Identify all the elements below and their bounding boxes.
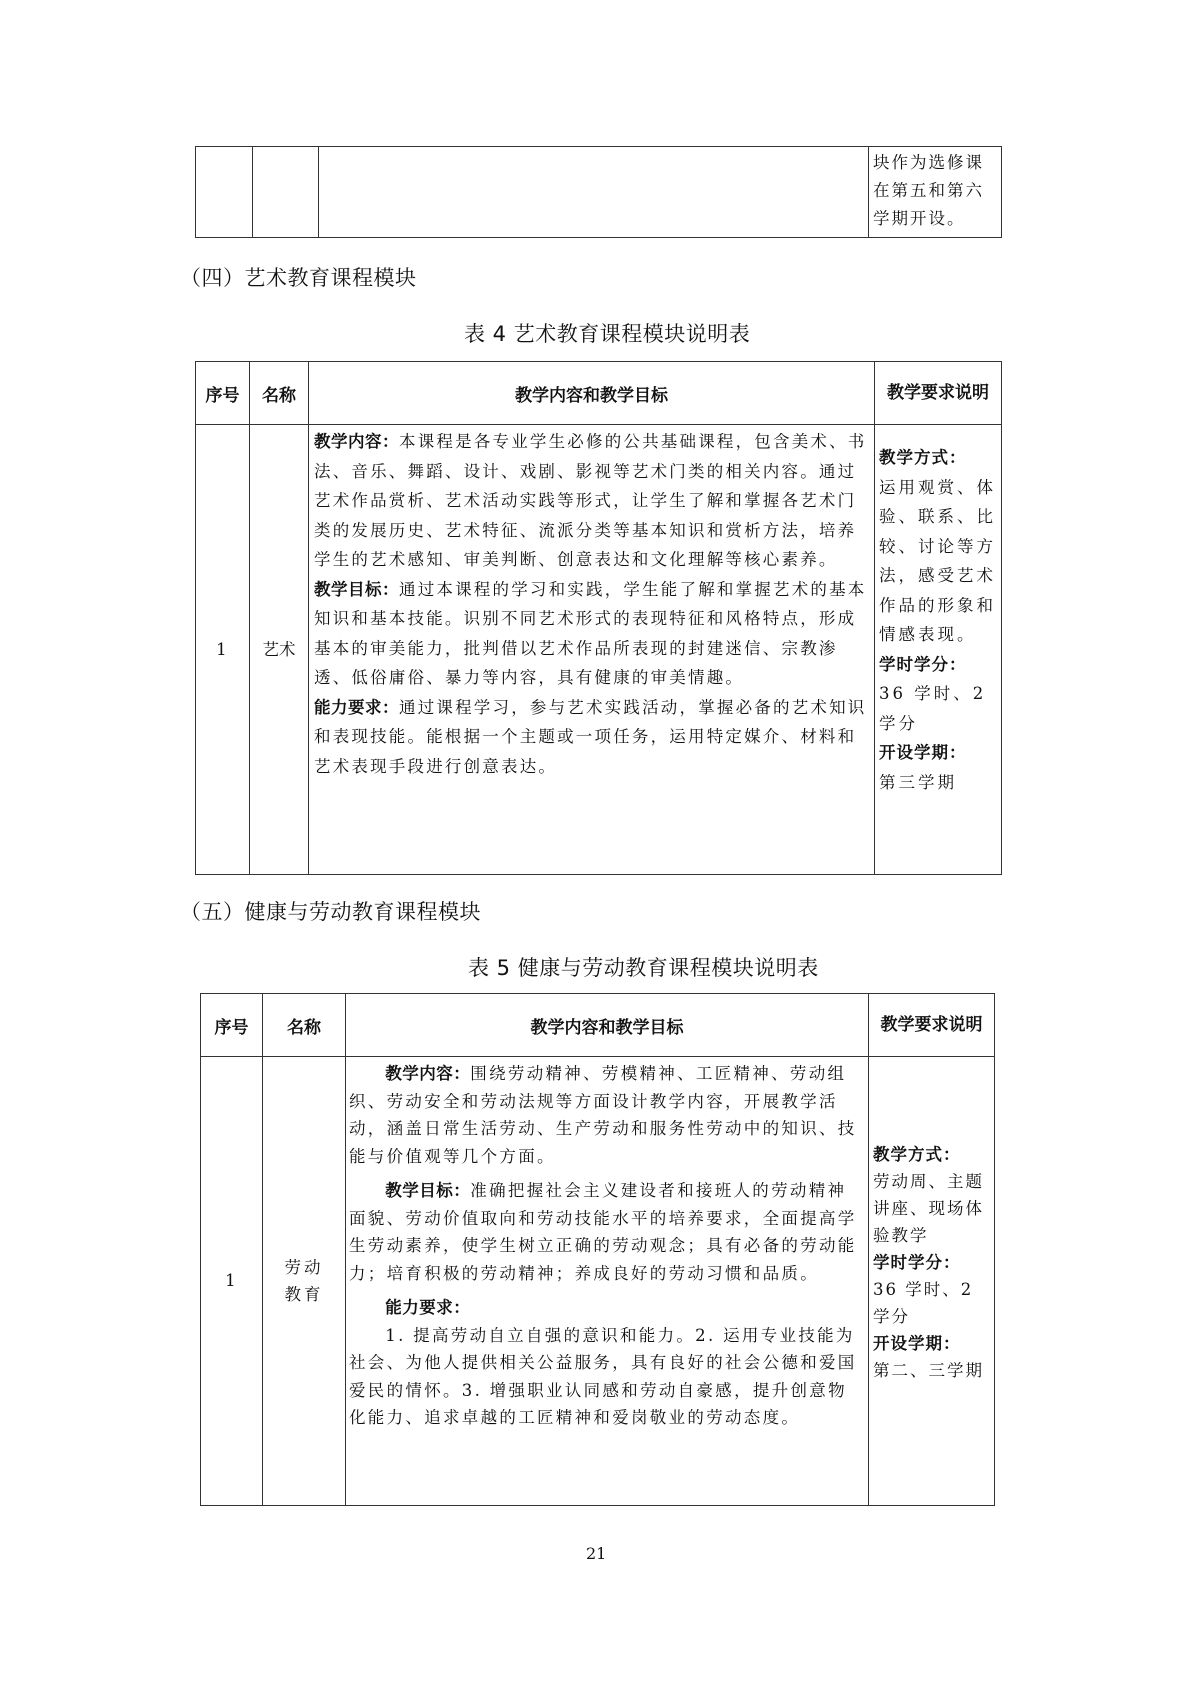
teach-content-para: 教学内容：围绕劳动精神、劳模精神、工匠精神、劳动组织、劳动安全和劳动法规等方面设…	[349, 1060, 865, 1170]
table-header-row: 序号 名称 教学内容和教学目标 教学要求说明	[201, 994, 995, 1057]
ability-label: 能力要求：	[314, 698, 399, 717]
hours-text: 36 学时、2 学分	[879, 679, 997, 738]
term-text: 第二、三学期	[873, 1357, 990, 1384]
teach-content-text: 本课程是各专业学生必修的公共基础课程，包含美术、书法、音乐、舞蹈、设计、戏剧、影…	[314, 432, 867, 569]
header-req: 教学要求说明	[869, 994, 995, 1057]
term-label: 开设学期：	[873, 1334, 961, 1353]
teach-content-label: 教学内容：	[314, 432, 399, 451]
hours-text: 36 学时、2 学分	[873, 1276, 990, 1330]
ability-text: 1. 提高劳动自立自强的意识和能力。2. 运用专业技能为社会、为他人提供相关公益…	[349, 1322, 865, 1432]
table-caption-5: 表 5 健康与劳动教育课程模块说明表	[468, 952, 819, 982]
section-heading-art: （四）艺术教育课程模块	[180, 262, 417, 292]
teach-goal-para: 教学目标：通过本课程的学习和实践，学生能了解和掌握艺术的基本知识和基本技能。识别…	[314, 575, 871, 693]
table-header-row: 序号 名称 教学内容和教学目标 教学要求说明	[196, 362, 1002, 425]
teach-content-para: 教学内容：本课程是各专业学生必修的公共基础课程，包含美术、书法、音乐、舞蹈、设计…	[314, 427, 871, 575]
ability-label: 能力要求：	[385, 1298, 470, 1317]
row-no: 1	[196, 425, 250, 875]
teach-goal-para: 教学目标：准确把握社会主义建设者和接班人的劳动精神面貌、劳动价值取向和劳动技能水…	[349, 1177, 865, 1287]
row-name: 劳动教育	[263, 1057, 346, 1506]
term-label: 开设学期：	[879, 743, 967, 762]
health-labor-module-table: 序号 名称 教学内容和教学目标 教学要求说明 1 劳动教育 教学内容：围绕劳动精…	[200, 993, 995, 1506]
method-label: 教学方式：	[873, 1145, 961, 1164]
header-content: 教学内容和教学目标	[309, 362, 875, 425]
prev-name-cell	[253, 147, 319, 238]
row-no: 1	[201, 1057, 263, 1506]
art-module-table: 序号 名称 教学内容和教学目标 教学要求说明 1 艺术 教学内容：本课程是各专业…	[195, 361, 1002, 875]
previous-table-tail: 块作为选修课 在第五和第六 学期开设。	[195, 146, 1002, 238]
teach-goal-label: 教学目标：	[314, 580, 399, 599]
header-req: 教学要求说明	[875, 362, 1002, 425]
row-content: 教学内容：围绕劳动精神、劳模精神、工匠精神、劳动组织、劳动安全和劳动法规等方面设…	[346, 1057, 869, 1506]
hours-label: 学时学分：	[879, 655, 967, 674]
header-content: 教学内容和教学目标	[346, 994, 869, 1057]
row-req: 教学方式： 运用观赏、体验、联系、比较、讨论等方法，感受艺术作品的形象和情感表现…	[875, 425, 1002, 875]
hours-label: 学时学分：	[873, 1253, 961, 1272]
prev-req-line-3: 学期开设。	[873, 205, 997, 233]
method-text: 劳动周、主题讲座、现场体验教学	[873, 1168, 990, 1249]
prev-no-cell	[196, 147, 253, 238]
term-text: 第三学期	[879, 768, 997, 798]
ability-para: 能力要求：通过课程学习，参与艺术实践活动，掌握必备的艺术知识和表现技能。能根据一…	[314, 693, 871, 782]
table-caption-4: 表 4 艺术教育课程模块说明表	[464, 318, 750, 348]
prev-content-cell	[319, 147, 869, 238]
method-text: 运用观赏、体验、联系、比较、讨论等方法，感受艺术作品的形象和情感表现。	[879, 473, 997, 650]
row-name: 艺术	[250, 425, 309, 875]
row-req: 教学方式： 劳动周、主题讲座、现场体验教学 学时学分： 36 学时、2 学分 开…	[869, 1057, 995, 1506]
prev-req-line-1: 块作为选修课	[873, 149, 997, 177]
prev-req-line-2: 在第五和第六	[873, 177, 997, 205]
prev-req-cell: 块作为选修课 在第五和第六 学期开设。	[869, 147, 1002, 238]
ability-label-para: 能力要求：	[349, 1294, 865, 1322]
table-row: 1 劳动教育 教学内容：围绕劳动精神、劳模精神、工匠精神、劳动组织、劳动安全和劳…	[201, 1057, 995, 1506]
page-number: 21	[586, 1544, 606, 1563]
header-no: 序号	[196, 362, 250, 425]
header-name: 名称	[263, 994, 346, 1057]
table-row: 1 艺术 教学内容：本课程是各专业学生必修的公共基础课程，包含美术、书法、音乐、…	[196, 425, 1002, 875]
section-heading-health-labor: （五）健康与劳动教育课程模块	[180, 896, 481, 926]
header-no: 序号	[201, 994, 263, 1057]
header-name: 名称	[250, 362, 309, 425]
row-content: 教学内容：本课程是各专业学生必修的公共基础课程，包含美术、书法、音乐、舞蹈、设计…	[309, 425, 875, 875]
method-label: 教学方式：	[879, 448, 967, 467]
teach-goal-label: 教学目标：	[385, 1181, 470, 1200]
teach-content-label: 教学内容：	[385, 1064, 470, 1083]
